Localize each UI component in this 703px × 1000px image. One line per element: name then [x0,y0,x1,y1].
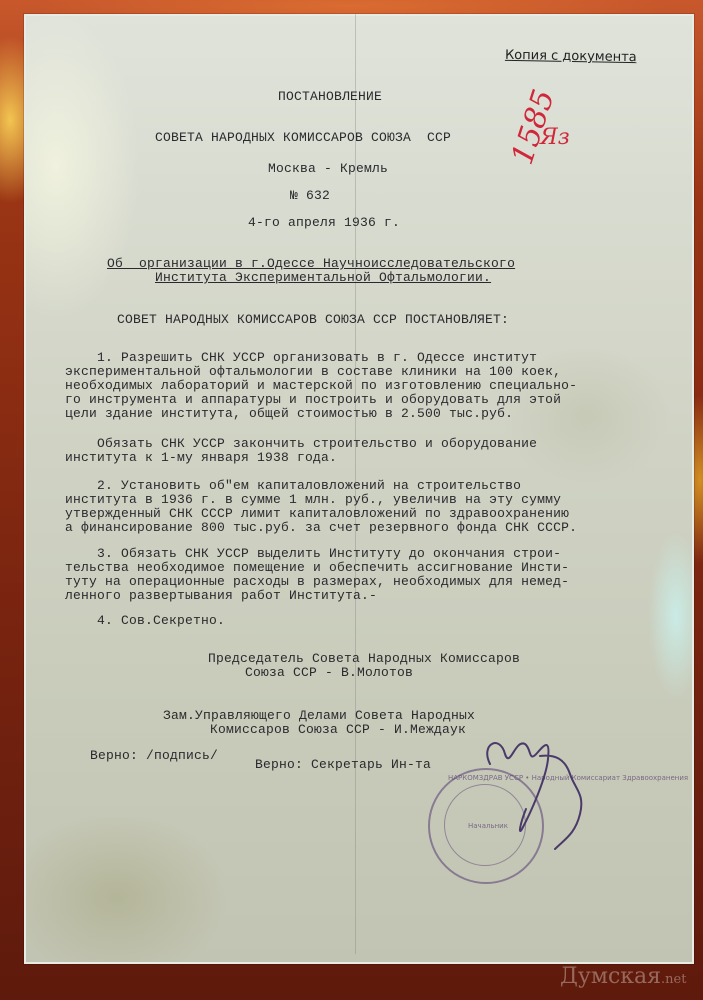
document-place: Москва - Кремль [268,162,388,176]
copy-note: Копия с документа [505,48,637,65]
subject-line: Об организации в г.Одессе Научноисследов… [107,257,515,271]
document-issuer: СОВЕТА НАРОДНЫХ КОМИССАРОВ СОЮЗА ССР [155,131,451,145]
watermark-tld: .net [661,972,686,987]
verified-note-1: Верно: /подпись/ [90,749,218,763]
paragraph-line: тельства необходимое помещение и обеспеч… [65,561,569,575]
paragraph-line: а финансирование 800 тыс.руб. за счет ре… [65,521,577,535]
signature-line: Комиссаров Союза ССР - И.Междаук [210,723,466,737]
paragraph-line: института к 1-му января 1938 года. [65,451,337,465]
signature-line: Зам.Управляющего Делами Совета Народных [163,709,475,723]
paragraph-line: 3. Обязать СНК УССР выделить Институту д… [65,547,561,561]
watermark-name: Думская [560,964,661,989]
verified-note-2: Верно: Секретарь Ин-та [255,758,431,772]
signature-line: Председатель Совета Народных Комиссаров [208,652,520,666]
paragraph-line: го инструмента и аппаратуры и построить … [65,393,561,407]
preamble: СОВЕТ НАРОДНЫХ КОМИССАРОВ СОЮЗА ССР ПОСТ… [117,313,509,327]
paragraph-line: цели здание института, общей стоимостью … [65,407,513,421]
paragraph-4: 4. Сов.Секретно. [65,614,225,628]
site-watermark: Думская.net [560,964,686,989]
paragraph-line: утвержденный СНК СССР лимит капиталовлож… [65,507,569,521]
paragraph-line: экспериментальной офтальмологии в состав… [65,365,561,379]
paragraph-line: 2. Установить об"ем капиталовложений на … [65,479,521,493]
document-title: ПОСТАНОВЛЕНИЕ [278,90,382,104]
paragraph-line: необходимых лабораторий и мастерской по … [65,379,577,393]
handwritten-signature [470,734,590,864]
paragraph-line: Обязать СНК УССР закончить строительство… [65,437,537,451]
paragraph-line: института в 1936 г. в сумме 1 млн. руб.,… [65,493,561,507]
document-date: 4-го апреля 1936 г. [248,216,400,230]
subject-line: Института Экспериментальной Офтальмологи… [155,271,491,285]
signature-line: Союза ССР - В.Молотов [245,666,413,680]
paragraph-line: туту на операционные расходы в размерах,… [65,575,569,589]
document-number: № 632 [290,189,330,203]
paragraph-line: ленного развертывания работ Института.- [65,589,377,603]
paragraph-line: 1. Разрешить СНК УССР организовать в г. … [65,351,537,365]
